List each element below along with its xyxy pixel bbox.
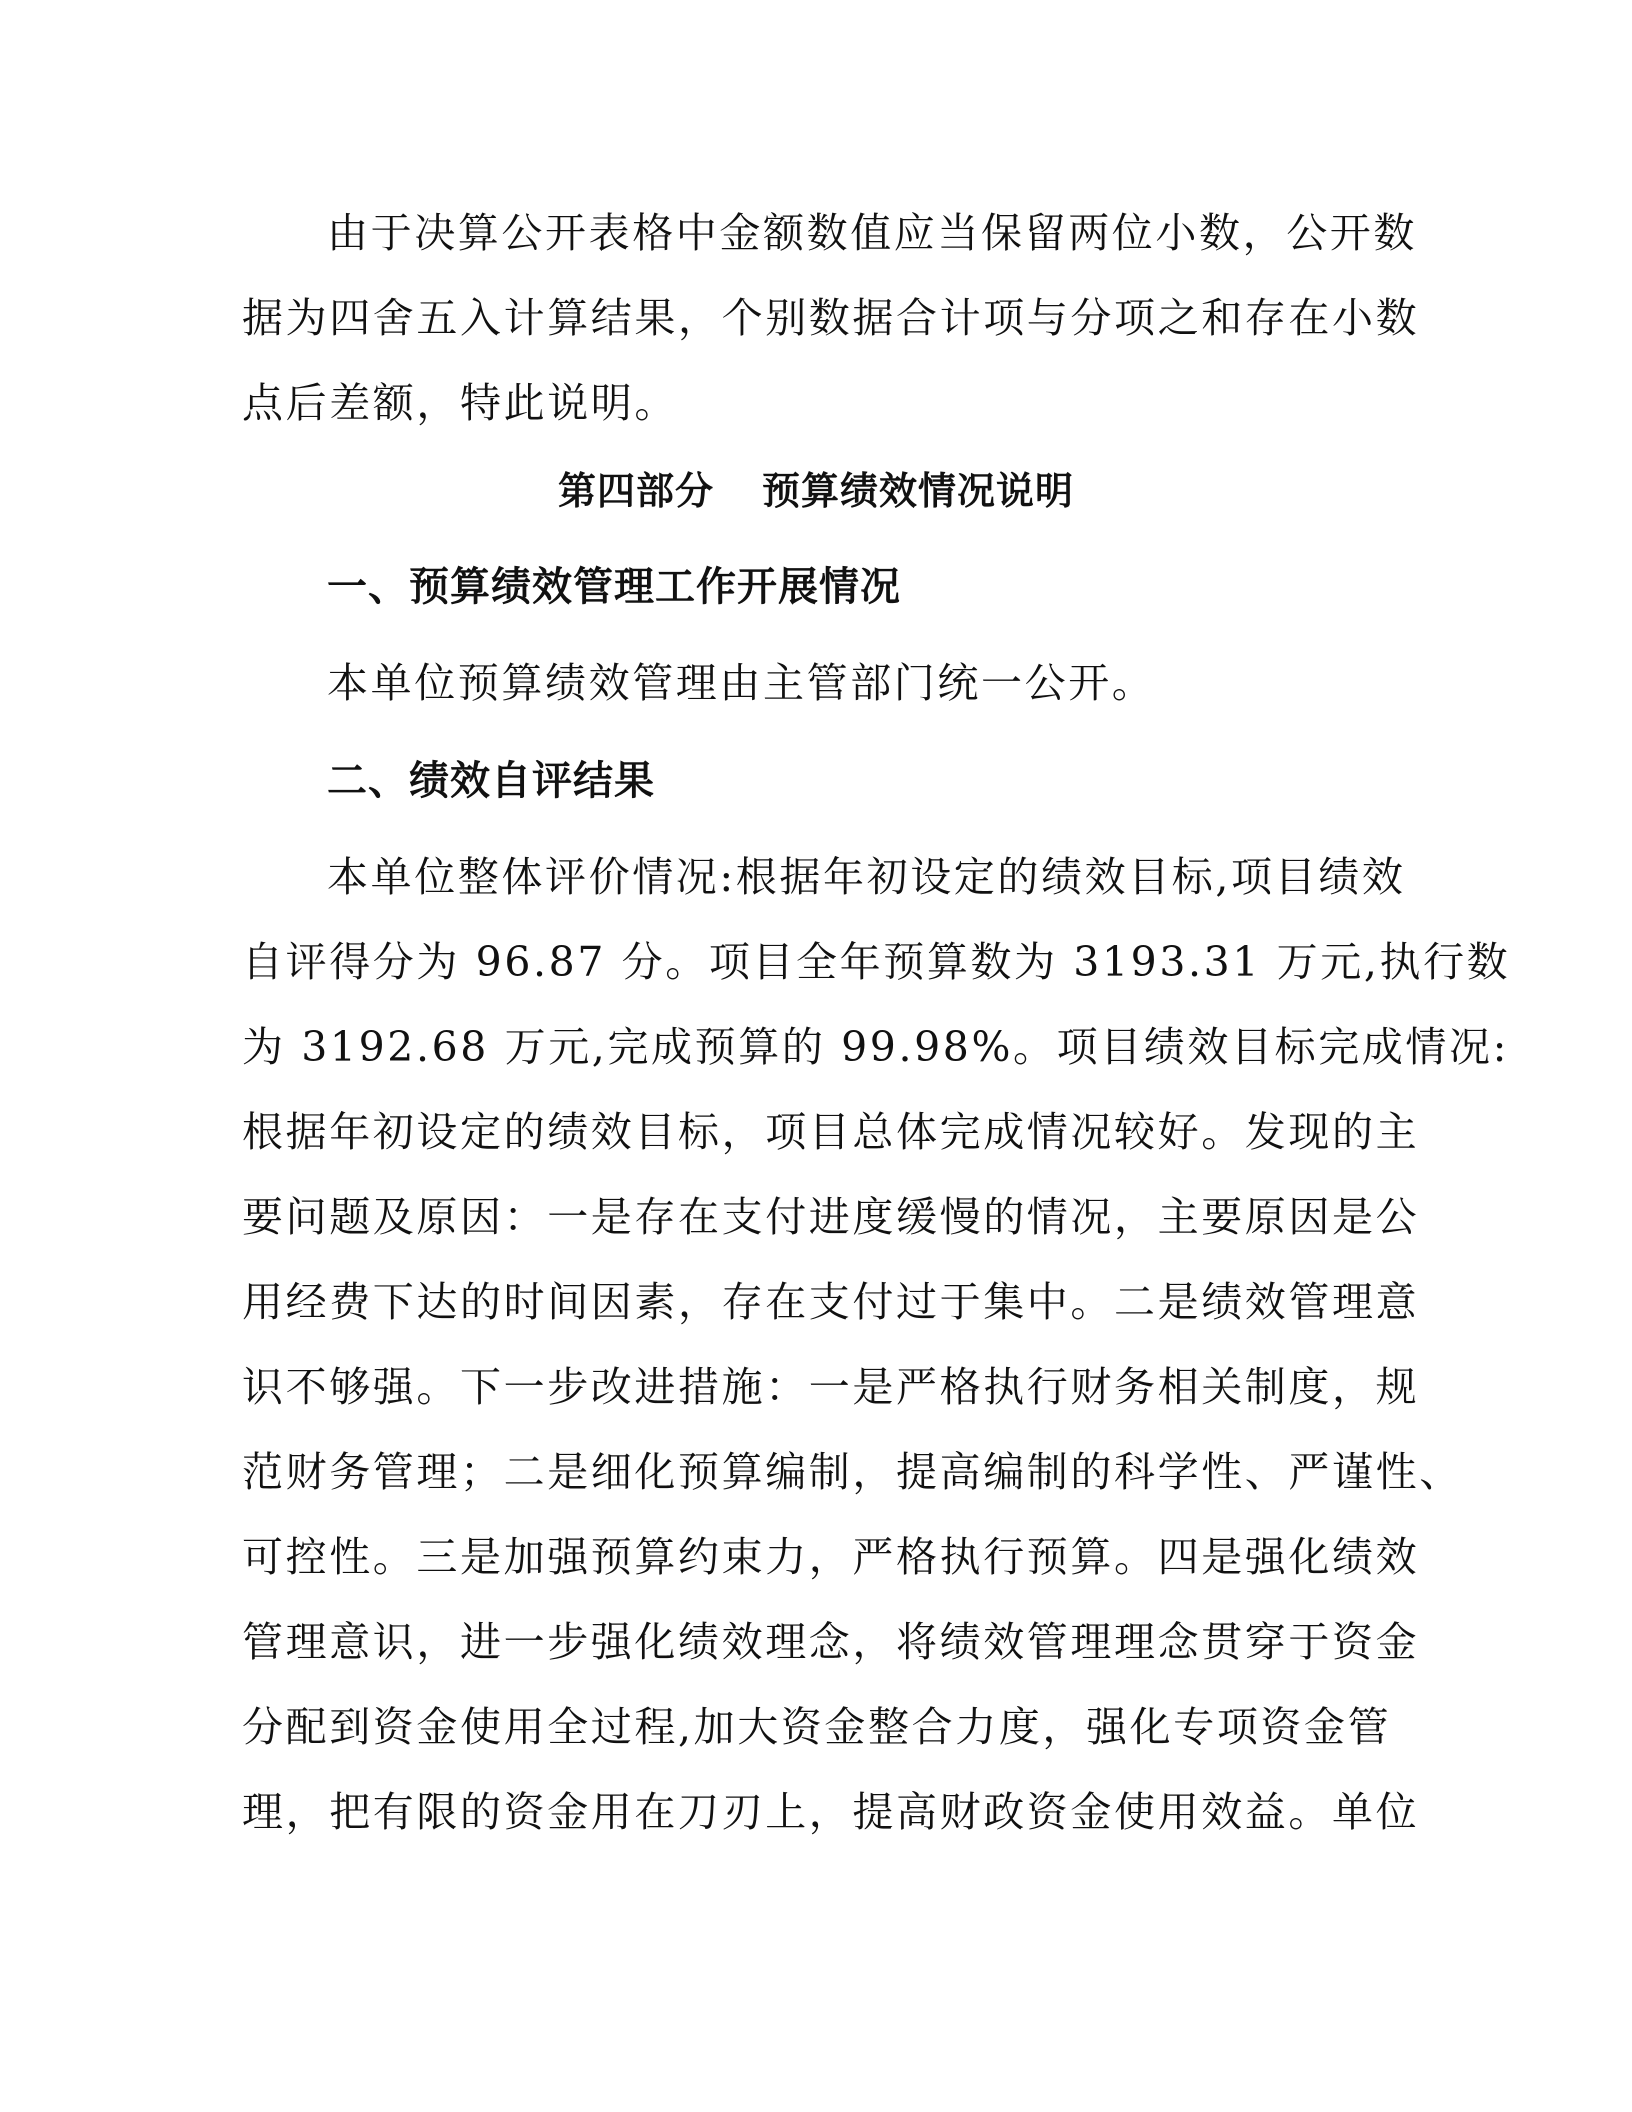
part-title: 第四部分预算绩效情况说明	[0, 466, 1632, 516]
section-2-paragraph-line-9: 可控性。三是加强预算约束力，严格执行预算。四是强化绩效	[242, 1532, 1382, 1582]
section-2-paragraph-line-10: 管理意识，进一步强化绩效理念，将绩效管理理念贯穿于资金	[242, 1617, 1382, 1667]
section-2-paragraph-line-8: 范财务管理；二是细化预算编制，提高编制的科学性、严谨性、	[242, 1447, 1382, 1497]
part-number: 第四部分	[558, 468, 714, 513]
note-paragraph-line-2: 据为四舍五入计算结果，个别数据合计项与分项之和存在小数	[242, 293, 1382, 343]
section-2-paragraph-line-5: 要问题及原因：一是存在支付进度缓慢的情况，主要原因是公	[242, 1192, 1382, 1242]
section-2-paragraph-line-7: 识不够强。下一步改进措施：一是严格执行财务相关制度，规	[242, 1362, 1382, 1412]
document-page: 由于决算公开表格中金额数值应当保留两位小数，公开数 据为四舍五入计算结果，个别数…	[0, 0, 1632, 2112]
note-paragraph-line-3: 点后差额，特此说明。	[242, 378, 1382, 428]
section-2-paragraph-line-6: 用经费下达的时间因素，存在支付过于集中。二是绩效管理意	[242, 1277, 1382, 1327]
section-1-paragraph-line-1: 本单位预算绩效管理由主管部门统一公开。	[327, 658, 1382, 708]
part-title-text: 预算绩效情况说明	[762, 468, 1074, 513]
section-2-paragraph-line-11: 分配到资金使用全过程,加大资金整合力度，强化专项资金管	[242, 1702, 1382, 1752]
section-2-paragraph-line-1: 本单位整体评价情况:根据年初设定的绩效目标,项目绩效	[327, 852, 1382, 902]
note-paragraph-line-1: 由于决算公开表格中金额数值应当保留两位小数，公开数	[327, 208, 1382, 258]
section-2-paragraph-line-2: 自评得分为 96.87 分。项目全年预算数为 3193.31 万元,执行数	[242, 937, 1382, 987]
section-2-paragraph-line-12: 理，把有限的资金用在刀刃上，提高财政资金使用效益。单位	[242, 1787, 1382, 1837]
section-heading-2: 二、绩效自评结果	[327, 756, 655, 806]
section-heading-1: 一、预算绩效管理工作开展情况	[327, 562, 901, 612]
section-2-paragraph-line-3: 为 3192.68 万元,完成预算的 99.98%。项目绩效目标完成情况:	[242, 1022, 1382, 1072]
section-2-paragraph-line-4: 根据年初设定的绩效目标，项目总体完成情况较好。发现的主	[242, 1107, 1382, 1157]
